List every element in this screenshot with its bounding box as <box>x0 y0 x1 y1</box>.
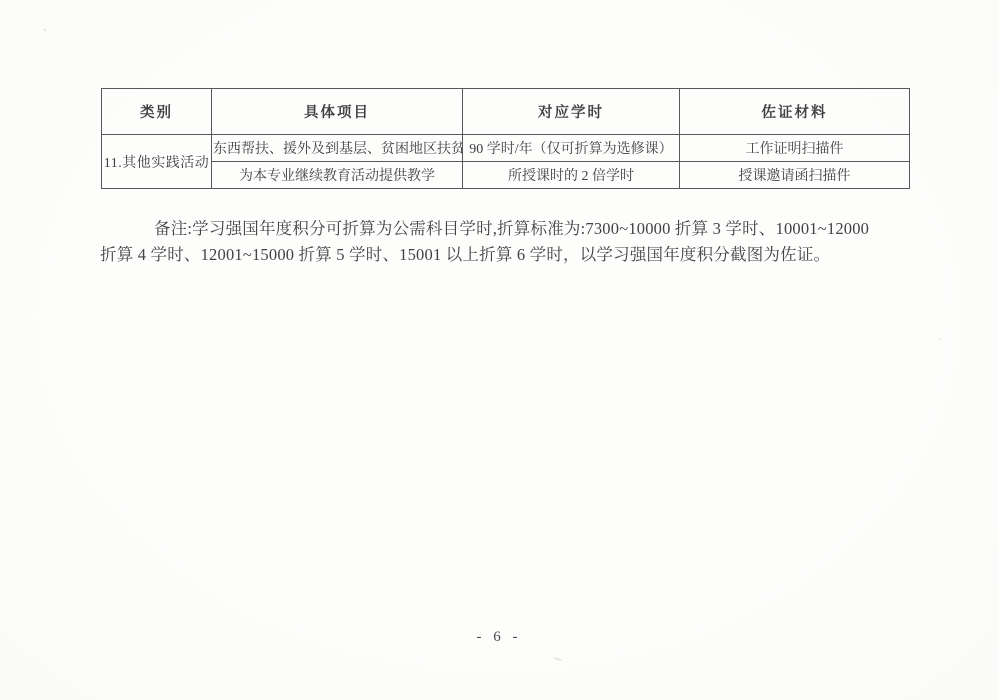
scanned-document-page: 类别 具体项目 对应学时 佐证材料 11.其他实践活动 东西帮扶、援外及到基层、… <box>0 0 998 700</box>
table-header-row: 类别 具体项目 对应学时 佐证材料 <box>102 89 910 135</box>
hours-cell: 所授课时的 2 倍学时 <box>463 162 680 189</box>
scan-speck <box>553 657 562 662</box>
table-row: 11.其他实践活动 东西帮扶、援外及到基层、贫困地区扶贫 90 学时/年（仅可折… <box>102 135 910 162</box>
remark-paragraph: 备注:学习强国年度积分可折算为公需科目学时,折算标准为:7300~10000 折… <box>100 216 900 267</box>
remark-line-1: 备注:学习强国年度积分可折算为公需科目学时,折算标准为:7300~10000 折… <box>100 216 900 242</box>
evidence-cell: 授课邀请函扫描件 <box>680 162 910 189</box>
hours-cell: 90 学时/年（仅可折算为选修课） <box>463 135 680 162</box>
credit-hours-table: 类别 具体项目 对应学时 佐证材料 11.其他实践活动 东西帮扶、援外及到基层、… <box>101 88 910 189</box>
header-hours: 对应学时 <box>463 89 680 135</box>
header-evidence: 佐证材料 <box>680 89 910 135</box>
header-category: 类别 <box>102 89 212 135</box>
header-project: 具体项目 <box>212 89 463 135</box>
project-cell: 东西帮扶、援外及到基层、贫困地区扶贫 <box>212 135 463 162</box>
remark-line-2: 折算 4 学时、12001~15000 折算 5 学时、15001 以上折算 6… <box>100 242 900 268</box>
page-number: - 6 - <box>0 629 998 646</box>
category-cell: 11.其他实践活动 <box>102 135 212 189</box>
evidence-cell: 工作证明扫描件 <box>680 135 910 162</box>
project-cell: 为本专业继续教育活动提供教学 <box>212 162 463 189</box>
scan-speck <box>44 29 46 31</box>
table-row: 为本专业继续教育活动提供教学 所授课时的 2 倍学时 授课邀请函扫描件 <box>102 162 910 189</box>
scan-speck <box>939 338 941 340</box>
